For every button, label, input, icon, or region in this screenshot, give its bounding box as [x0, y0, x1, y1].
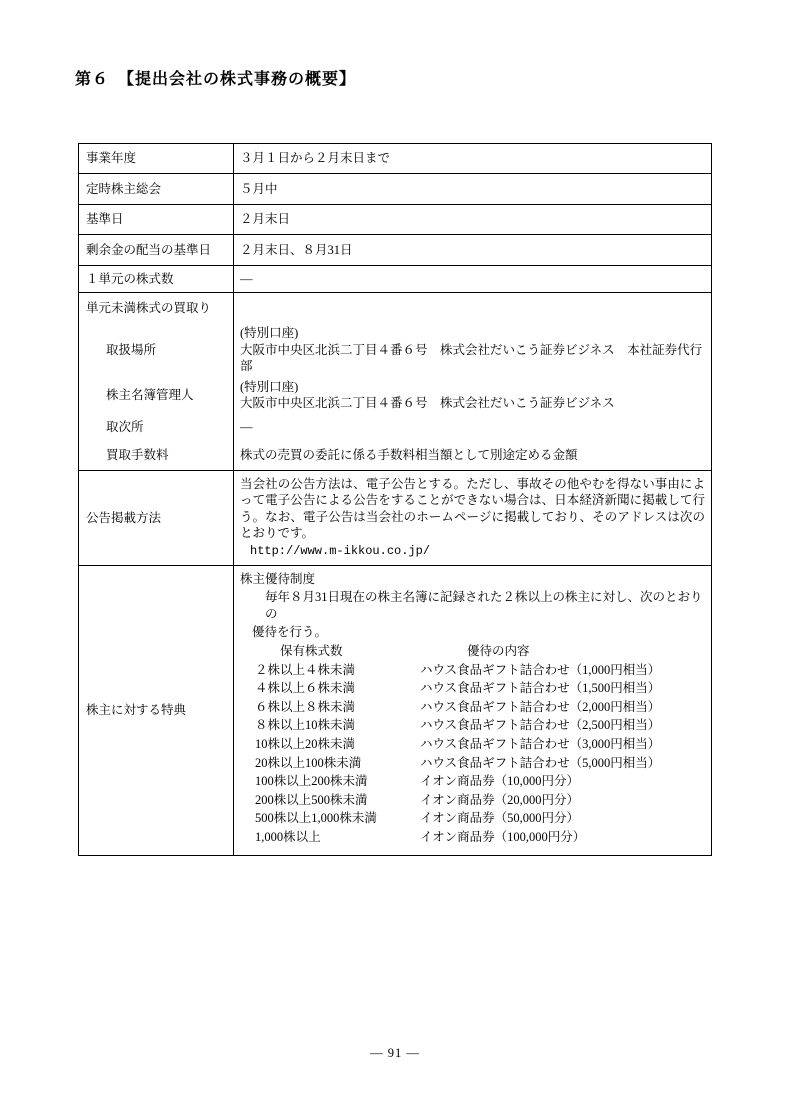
benefit-holdings: ８株以上10株未満 [255, 716, 420, 735]
benefit-content: イオン商品券（10,000円分） [420, 772, 705, 791]
row-value: ― [234, 266, 711, 292]
registrar-label: 株主名簿管理人 [79, 377, 234, 414]
benefit-content: ハウス食品ギフト詰合わせ（2,500円相当） [420, 716, 705, 735]
benefit-holdings: 500株以上1,000株未満 [255, 809, 420, 828]
shareholder-benefits-value: 株主優待制度 毎年８月31日現在の株主名簿に記録された２株以上の株主に対し、次の… [234, 566, 711, 855]
benefit-content: イオン商品券（100,000円分） [420, 828, 705, 847]
benefit-content: ハウス食品ギフト詰合わせ（2,000円相当） [420, 698, 705, 717]
benefits-description-line2: 優待を行う。 [240, 624, 705, 642]
row-value: ２月末日 [234, 205, 711, 234]
benefits-table: 保有株式数 優待の内容 ２株以上４株未満 ハウス食品ギフト詰合わせ（1,000円… [255, 642, 705, 847]
row-label: 基準日 [79, 205, 234, 234]
row-label: 事業年度 [79, 144, 234, 173]
table-row-dividend-record-date: 剰余金の配当の基準日 ２月末日、８月31日 [79, 235, 711, 266]
table-row-public-notice: 公告掲載方法 当会社の公告方法は、電子公告とする。ただし、事故その他やむを得ない… [79, 471, 711, 567]
benefit-content: ハウス食品ギフト詰合わせ（1,500円相当） [420, 679, 705, 698]
benefit-holdings: ６株以上８株未満 [255, 698, 420, 717]
value-line: (特別口座) [240, 325, 705, 342]
benefit-content: イオン商品券（50,000円分） [420, 809, 705, 828]
registrar-value: (特別口座) 大阪市中央区北浜二丁目４番６号 株式会社だいこう証券ビジネス [234, 377, 711, 414]
document-page: 第６ 【提出会社の株式事務の概要】 事業年度 ３月１日から２月末日まで 定時株主… [0, 0, 790, 1118]
benefit-content: ハウス食品ギフト詰合わせ（5,000円相当） [420, 754, 705, 773]
value-line: ― [240, 419, 705, 436]
benefit-holdings: 1,000株以上 [255, 828, 420, 847]
handling-place-label: 取扱場所 [79, 323, 234, 377]
fractional-header-label: 単元未満株式の買取り [79, 293, 234, 323]
row-label: 剰余金の配当の基準日 [79, 235, 234, 265]
handling-place-value: (特別口座) 大阪市中央区北浜二丁目４番６号 株式会社だいこう証券ビジネス 本社… [234, 323, 711, 377]
table-row-shareholder-benefits: 株主に対する特典 株主優待制度 毎年８月31日現在の株主名簿に記録された２株以上… [79, 566, 711, 855]
benefit-holdings: 20株以上100株未満 [255, 754, 420, 773]
fractional-shares-grid: 単元未満株式の買取り 取扱場所 (特別口座) 大阪市中央区北浜二丁目４番６号 株… [79, 293, 711, 470]
purchase-fee-label: 買取手数料 [79, 442, 234, 470]
benefit-holdings: 100株以上200株未満 [255, 772, 420, 791]
fractional-header-value [234, 293, 711, 323]
value-line: 大阪市中央区北浜二丁目４番６号 株式会社だいこう証券ビジネス 本社証券代行部 [240, 342, 705, 375]
benefit-content: ハウス食品ギフト詰合わせ（3,000円相当） [420, 735, 705, 754]
benefit-holdings: 10株以上20株未満 [255, 735, 420, 754]
value-line: 株式の売買の委託に係る手数料相当額として別途定める金額 [240, 447, 705, 464]
page-number: ― 91 ― [0, 1046, 790, 1061]
value-line: 大阪市中央区北浜二丁目４番６号 株式会社だいこう証券ビジネス [240, 395, 705, 412]
table-row-fractional-shares: 単元未満株式の買取り 取扱場所 (特別口座) 大阪市中央区北浜二丁目４番６号 株… [79, 293, 711, 471]
benefits-col-header-holdings: 保有株式数 [255, 642, 420, 661]
purchase-fee-value: 株式の売買の委託に係る手数料相当額として別途定める金額 [234, 442, 711, 470]
agency-label: 取次所 [79, 414, 234, 442]
table-row-business-year: 事業年度 ３月１日から２月末日まで [79, 144, 711, 174]
agency-value: ― [234, 414, 711, 442]
benefit-content: イオン商品券（20,000円分） [420, 791, 705, 810]
section-title: 第６ 【提出会社の株式事務の概要】 [75, 66, 356, 89]
row-value: ５月中 [234, 174, 711, 204]
row-value: ３月１日から２月末日まで [234, 144, 711, 173]
public-notice-text: 当会社の公告方法は、電子公告とする。ただし、事故その他やむを得ない事由によって電… [240, 476, 705, 542]
benefit-holdings: ４株以上６株未満 [255, 679, 420, 698]
row-value: ２月末日、８月31日 [234, 235, 711, 265]
row-label: 公告掲載方法 [79, 471, 234, 566]
table-row-record-date: 基準日 ２月末日 [79, 205, 711, 235]
table-row-general-meeting: 定時株主総会 ５月中 [79, 174, 711, 205]
benefit-content: ハウス食品ギフト詰合わせ（1,000円相当） [420, 661, 705, 680]
public-notice-url: http://www.m-ikkou.co.jp/ [240, 543, 705, 560]
public-notice-value: 当会社の公告方法は、電子公告とする。ただし、事故その他やむを得ない事由によって電… [234, 471, 711, 566]
benefit-holdings: 200株以上500株未満 [255, 791, 420, 810]
benefit-holdings: ２株以上４株未満 [255, 661, 420, 680]
value-line: (特別口座) [240, 379, 705, 396]
benefits-col-header-content: 優待の内容 [420, 642, 705, 661]
row-label: １単元の株式数 [79, 266, 234, 292]
benefits-heading: 株主優待制度 [240, 571, 705, 589]
table-row-share-unit: １単元の株式数 ― [79, 266, 711, 293]
row-label: 定時株主総会 [79, 174, 234, 204]
row-label: 株主に対する特典 [79, 566, 234, 855]
benefits-description-line1: 毎年８月31日現在の株主名簿に記録された２株以上の株主に対し、次のとおりの [240, 589, 705, 624]
stock-administration-table: 事業年度 ３月１日から２月末日まで 定時株主総会 ５月中 基準日 ２月末日 剰余… [78, 143, 712, 856]
